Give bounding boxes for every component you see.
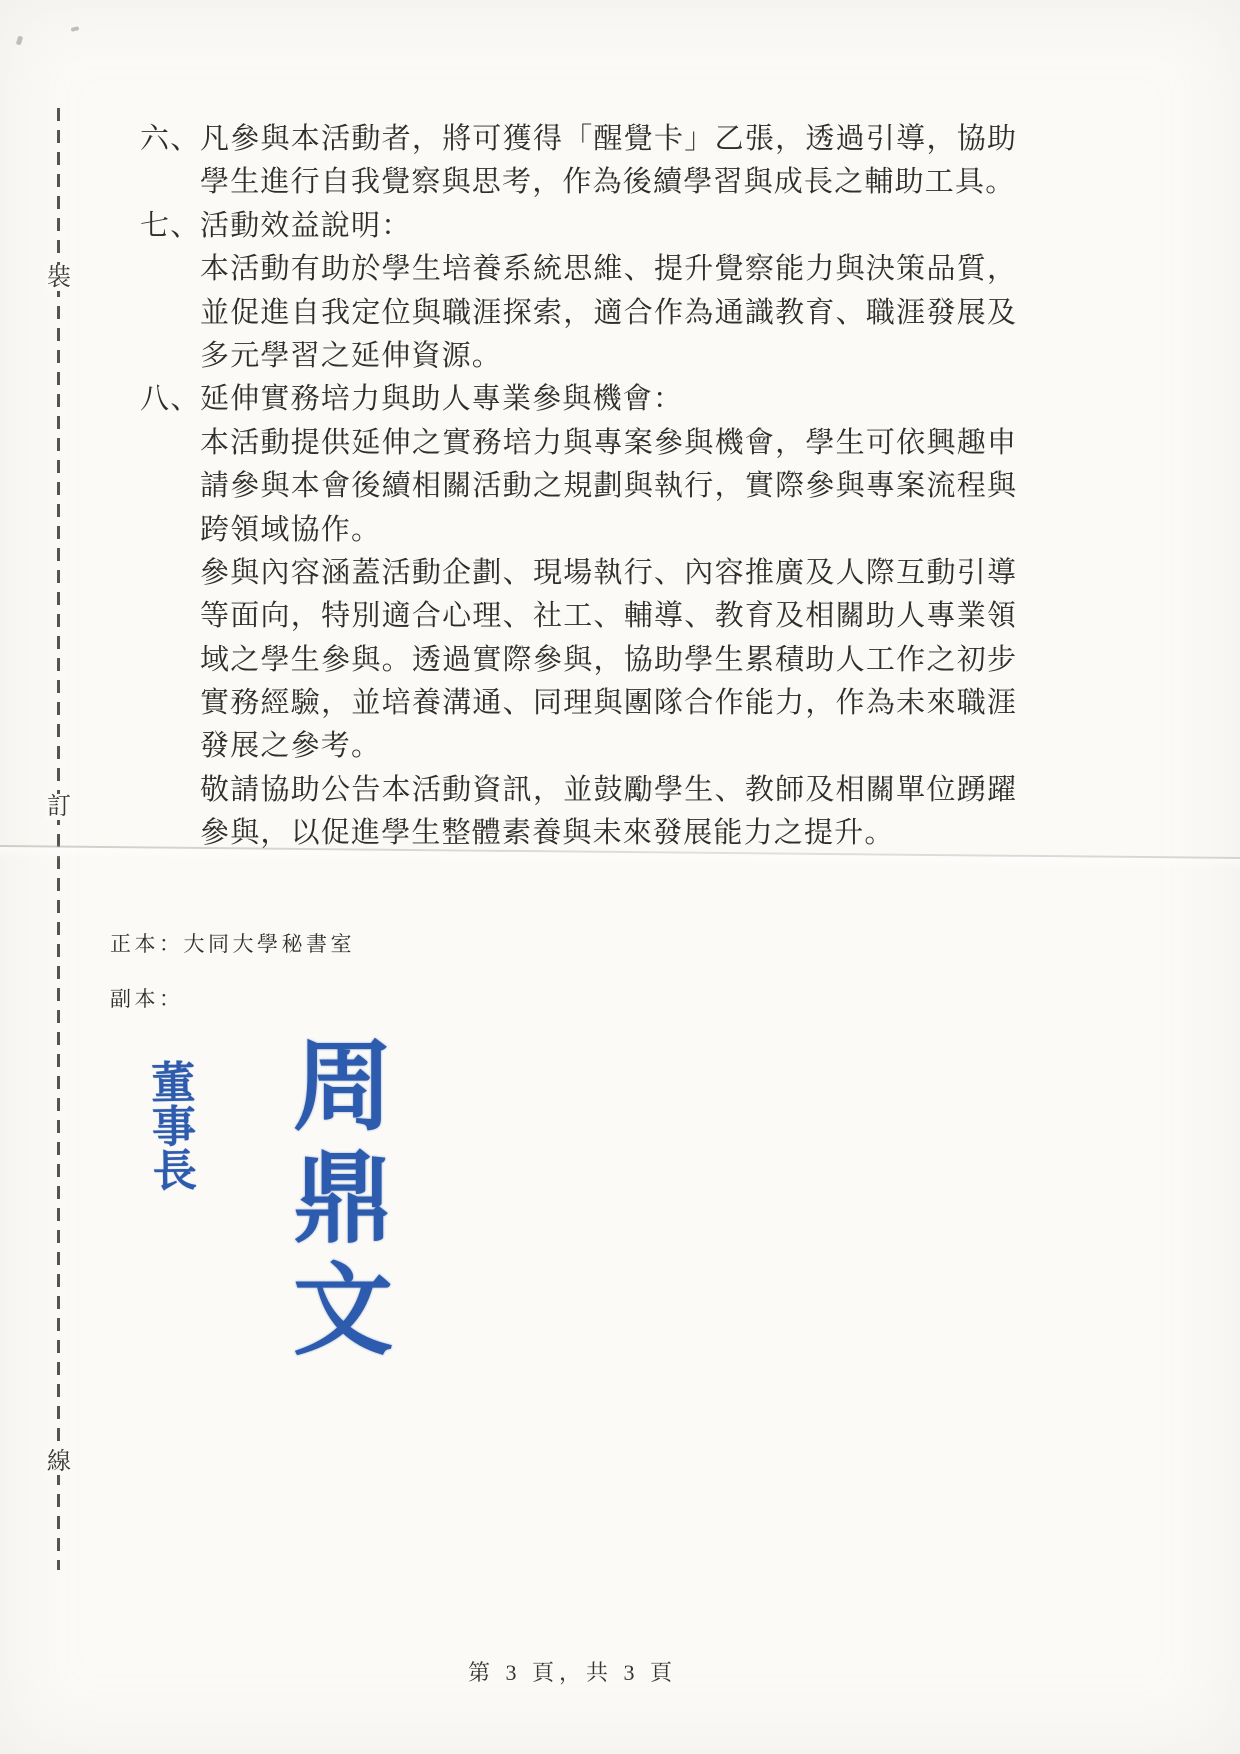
scan-speck [71,26,80,32]
line-text: 跨領域協作。 [200,509,1016,552]
line-text: 延伸實務培力與助人專業參與機會： [200,378,1016,421]
list-item-number [140,292,200,335]
list-item-number: 六、 [140,118,200,161]
letter-body: 六、 凡參與本活動者，將可獲得「醒覺卡」乙張，透過引導，協助 學生進行自我覺察與… [140,118,1016,856]
text-line: 並促進自我定位與職涯探索，適合作為通識教育、職涯發展及 [140,292,1016,335]
list-item-number [140,465,200,508]
chairman-title-stamp: 董事長 [151,1062,200,1195]
text-line: 七、 活動效益說明： [140,205,1016,248]
line-text: 凡參與本活動者，將可獲得「醒覺卡」乙張，透過引導，協助 [200,118,1016,161]
chairman-name-stamp: 周鼎文 [293,1032,421,1368]
line-text: 本活動提供延伸之實務培力與專案參與機會，學生可依興趣申 [200,422,1016,465]
line-text: 學生進行自我覺察與思考，作為後續學習與成長之輔助工具。 [200,161,1016,204]
scan-speck [16,35,24,45]
line-text: 本活動有助於學生培養系統思維、提升覺察能力與決策品質， [200,248,1016,291]
text-line: 八、 延伸實務培力與助人專業參與機會： [140,378,1016,421]
line-text: 實務經驗，並培養溝通、同理與團隊合作能力，作為未來職涯 [200,682,1016,725]
text-line: 敬請協助公告本活動資訊，並鼓勵學生、教師及相關單位踴躍 [140,769,1016,812]
list-item-number [140,161,200,204]
line-text: 敬請協助公告本活動資訊，並鼓勵學生、教師及相關單位踴躍 [200,769,1016,812]
line-text: 參與內容涵蓋活動企劃、現場執行、內容推廣及人際互動引導 [200,552,1016,595]
text-line: 本活動提供延伸之實務培力與專案參與機會，學生可依興趣申 [140,422,1016,465]
list-item-number [140,552,200,595]
line-text: 等面向，特別適合心理、社工、輔導、教育及相關助人專業領 [200,595,1016,638]
list-item-number [140,595,200,638]
text-line: 實務經驗，並培養溝通、同理與團隊合作能力，作為未來職涯 [140,682,1016,725]
list-item-number: 八、 [140,378,200,421]
list-item-number [140,725,200,768]
binding-dashed-line [57,108,60,1570]
list-item-number [140,682,200,725]
list-item-number [140,509,200,552]
text-line: 發展之參考。 [140,725,1016,768]
list-item-number [140,335,200,378]
text-line: 域之學生參與。透過實際參與，協助學生累積助人工作之初步 [140,639,1016,682]
text-line: 多元學習之延伸資源。 [140,335,1016,378]
text-line: 學生進行自我覺察與思考，作為後續學習與成長之輔助工具。 [140,161,1016,204]
list-item-number [140,769,200,812]
line-text: 請參與本會後續相關活動之規劃與執行，實際參與專案流程與 [200,465,1016,508]
list-item-number [140,248,200,291]
line-text: 發展之參考。 [200,725,1016,768]
scanned-letter-page: 裝 訂 線 六、 凡參與本活動者，將可獲得「醒覺卡」乙張，透過引導，協助 學生進… [0,0,1240,1754]
line-text: 多元學習之延伸資源。 [200,335,1016,378]
text-line: 請參與本會後續相關活動之規劃與執行，實際參與專案流程與 [140,465,1016,508]
text-line: 本活動有助於學生培養系統思維、提升覺察能力與決策品質， [140,248,1016,291]
binding-label: 線 [45,1449,73,1475]
recipient-original: 正本：大同大學秘書室 [110,929,355,959]
list-item-number [140,422,200,465]
text-line: 跨領域協作。 [140,509,1016,552]
text-line: 參與內容涵蓋活動企劃、現場執行、內容推廣及人際互動引導 [140,552,1016,595]
text-line: 六、 凡參與本活動者，將可獲得「醒覺卡」乙張，透過引導，協助 [140,118,1016,161]
line-text: 並促進自我定位與職涯探索，適合作為通識教育、職涯發展及 [200,292,1016,335]
list-item-number [140,639,200,682]
text-line: 等面向，特別適合心理、社工、輔導、教育及相關助人專業領 [140,595,1016,638]
binding-label: 裝 [45,265,73,291]
page-number: 第 3 頁，共 3 頁 [468,1656,677,1687]
list-item-number: 七、 [140,205,200,248]
recipient-copy: 副本： [110,984,184,1014]
line-text: 活動效益說明： [200,205,1016,248]
line-text: 域之學生參與。透過實際參與，協助學生累積助人工作之初步 [200,639,1016,682]
binding-label: 訂 [45,794,73,820]
